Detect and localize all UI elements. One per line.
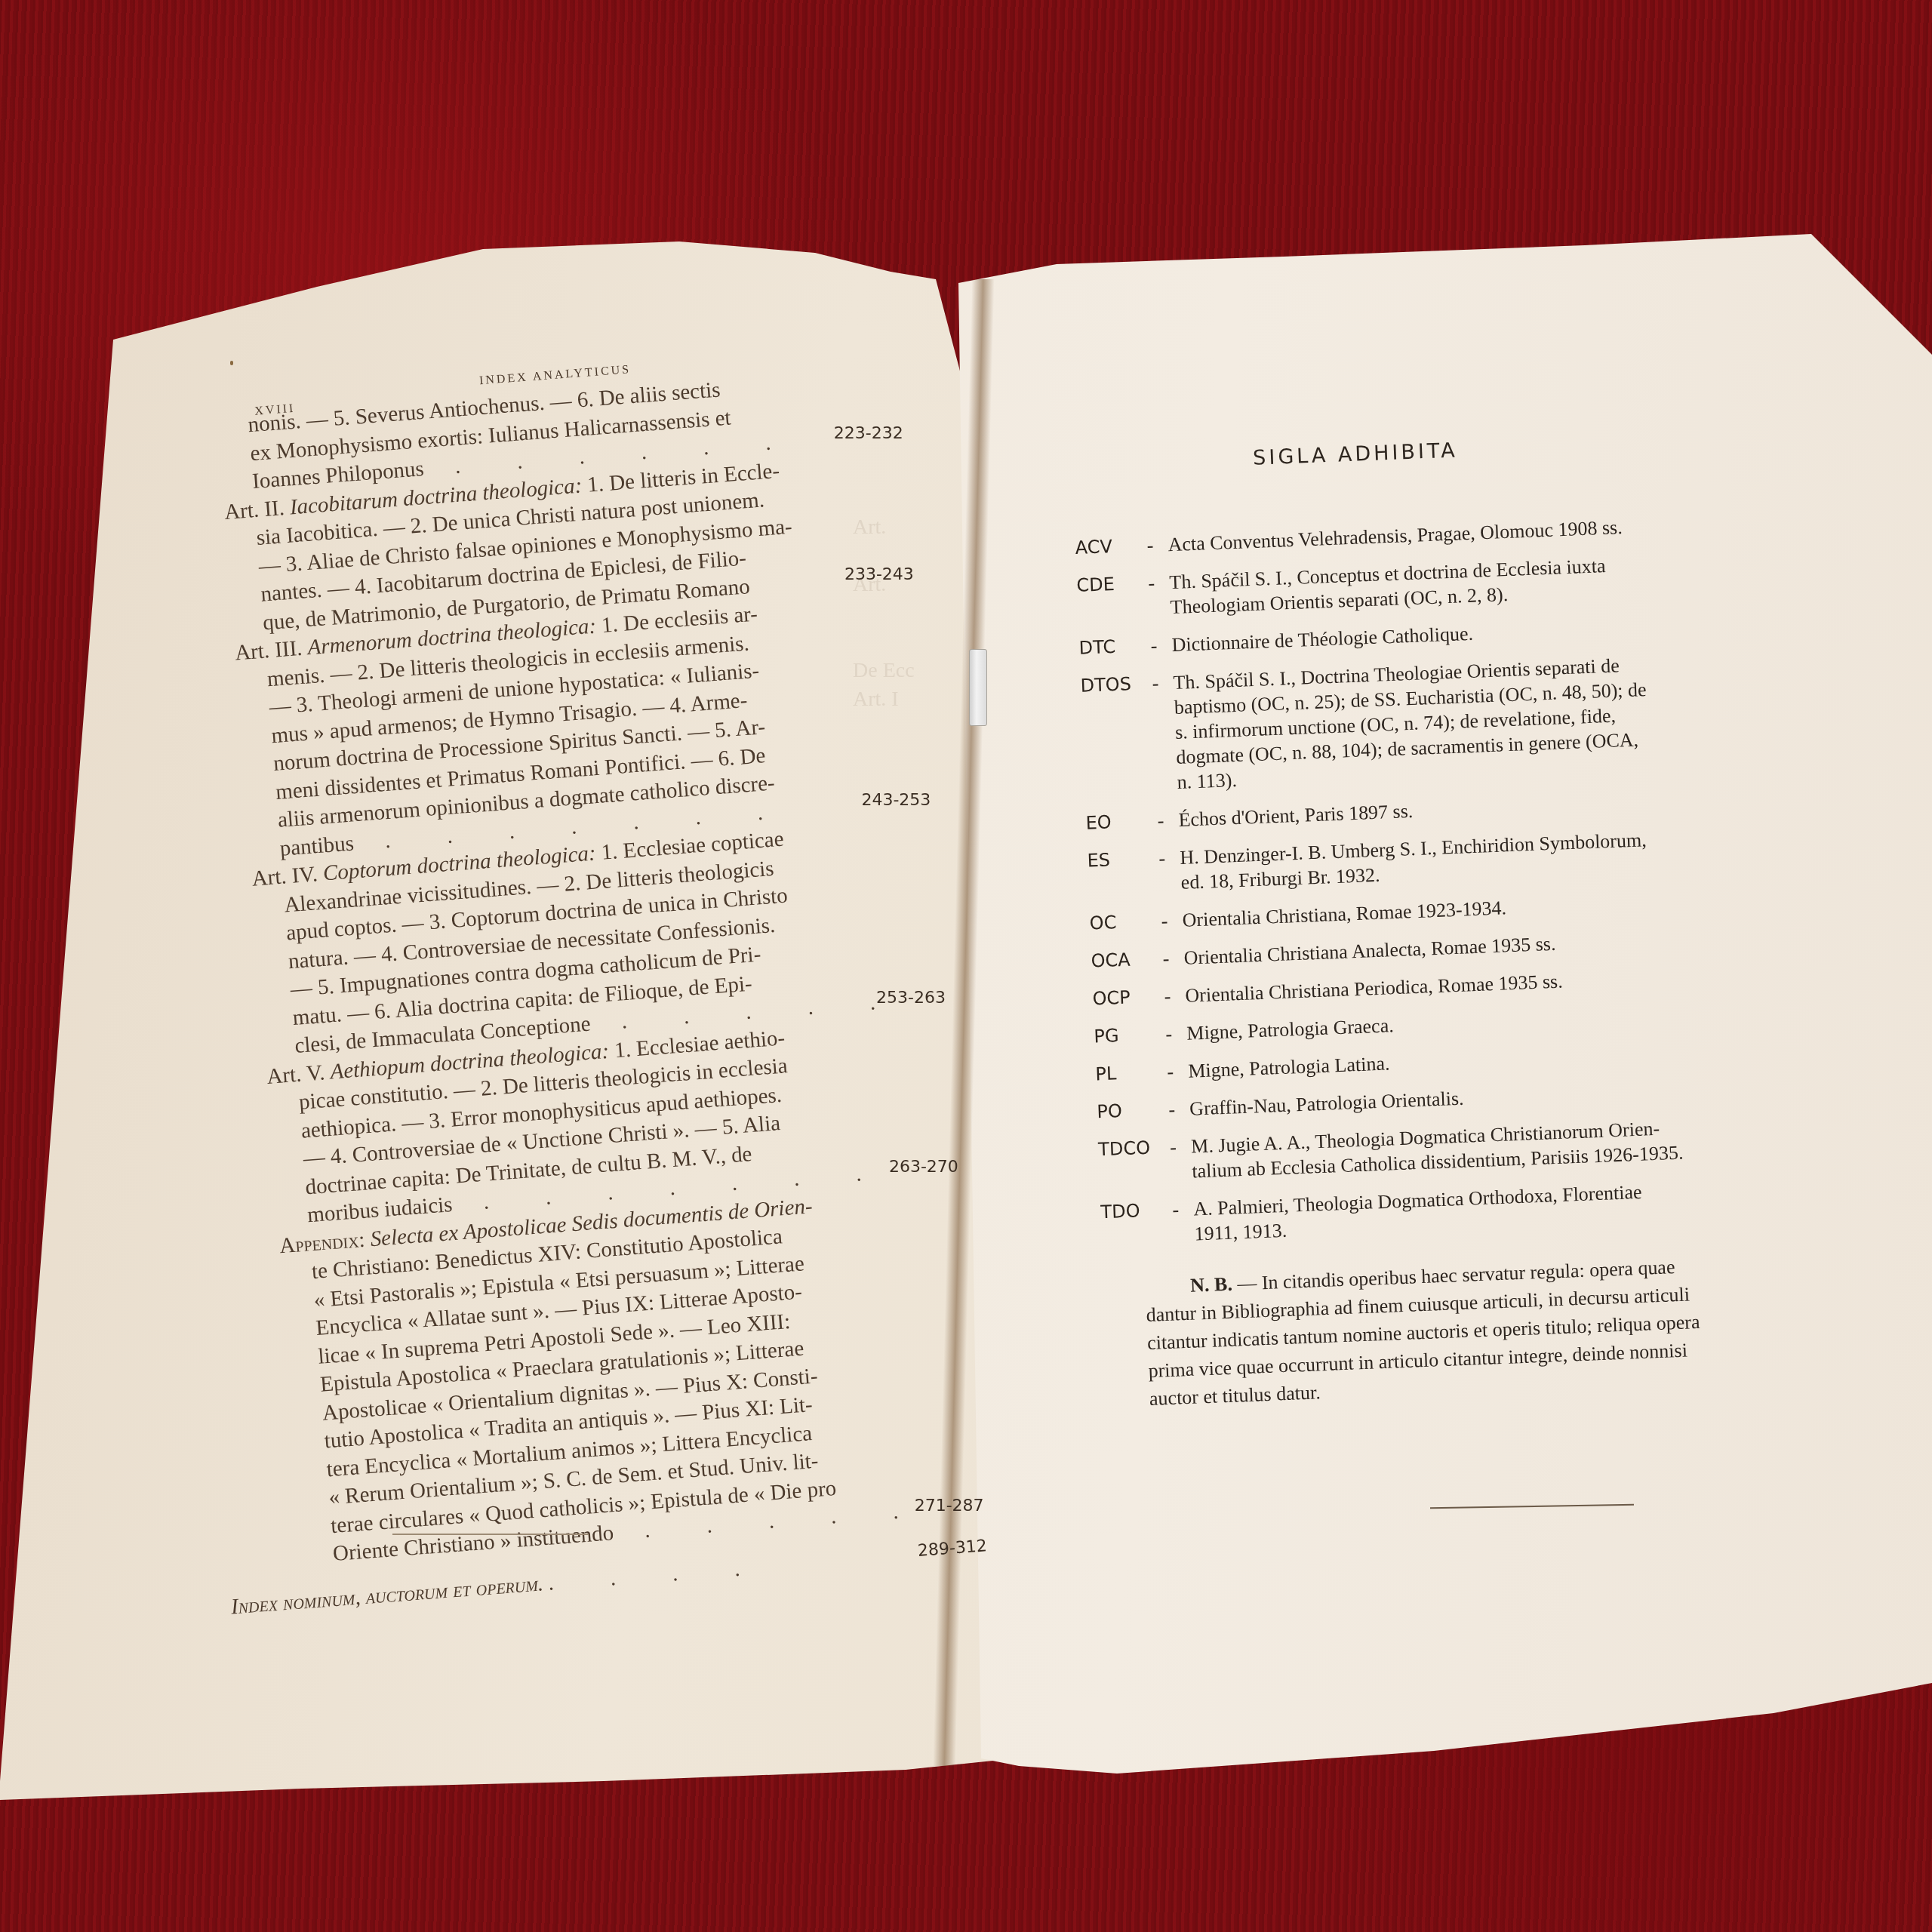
sigla-abbreviation: OCA <box>1091 946 1163 974</box>
sigla-description: M. Jugie A. A., Theologia Dogmatica Chri… <box>1191 1107 1900 1184</box>
sigla-dash: - <box>1164 983 1186 1009</box>
sigla-dash: - <box>1146 532 1168 558</box>
nb-label: N. B. <box>1190 1272 1238 1296</box>
sigla-row: DTOS-Th. Spáčil S. I., Doctrina Theologi… <box>1080 643 1884 798</box>
index-entry: Appendix: Selecta ex Apostolicae Sedis d… <box>203 1183 951 1577</box>
photo-scene: Art.Art.De EccArt. I XVIII INDEX ANALYTI… <box>0 0 1932 1932</box>
sigla-abbreviation: TDCO <box>1098 1135 1171 1188</box>
sigla-description: Th. Spáčil S. I., Conceptus et doctrina … <box>1169 543 1878 620</box>
entry-label: Art. III. <box>234 635 309 665</box>
sigla-abbreviation: ACV <box>1075 533 1147 561</box>
sigla-list: ACV-Acta Conventus Velehradensis, Pragae… <box>1075 505 1902 1263</box>
index-analyticus-page: XVIII INDEX ANALYTICUS nonis. — 5. Sever… <box>140 338 955 1621</box>
page-range: 243-253 <box>861 786 931 815</box>
sigla-description: Th. Spáčil S. I., Doctrina Theologiae Or… <box>1173 643 1884 795</box>
page-range: 271-287 <box>915 1492 984 1521</box>
sigla-dash: - <box>1148 570 1171 620</box>
sigla-abbreviation: CDE <box>1076 571 1149 623</box>
section-divider-rule <box>392 1534 589 1535</box>
page-range: 233-243 <box>844 561 914 589</box>
sigla-dash: - <box>1167 1059 1189 1084</box>
page-range: 253-263 <box>876 984 946 1013</box>
sigla-abbreviation: PL <box>1095 1060 1168 1088</box>
sigla-dash: - <box>1172 1197 1195 1247</box>
sigla-abbreviation: DTC <box>1078 633 1151 661</box>
sigla-dash: - <box>1161 908 1183 934</box>
sigla-dash: - <box>1158 845 1182 896</box>
sigla-abbreviation: DTOS <box>1080 671 1156 798</box>
sigla-abbreviation: PO <box>1097 1097 1169 1125</box>
sigla-abbreviation: ES <box>1087 846 1160 899</box>
sigla-dash: - <box>1170 1134 1193 1185</box>
nota-bene-paragraph: N. B. — In citandis operibus haec servat… <box>1145 1244 1889 1412</box>
sigla-description: A. Palmieri, Theologia Dogmatica Orthodo… <box>1193 1170 1902 1247</box>
sigla-abbreviation: OCP <box>1092 984 1164 1012</box>
page-range: 263-270 <box>889 1153 958 1182</box>
entry-label: Art. II. <box>223 495 291 524</box>
spine-binding-tape <box>969 649 987 726</box>
sigla-abbreviation: EO <box>1085 808 1158 836</box>
entry-label: Art. IV. <box>251 862 325 891</box>
paper-speck <box>230 361 233 365</box>
sigla-abbreviation: PG <box>1094 1022 1166 1050</box>
sigla-dash: - <box>1168 1097 1190 1122</box>
sigla-abbreviation: TDO <box>1100 1198 1174 1251</box>
entry-label: Appendix: <box>278 1227 371 1258</box>
sigla-dash: - <box>1157 808 1179 833</box>
sigla-description: H. Denzinger-I. B. Umberg S. I., Enchiri… <box>1180 818 1888 895</box>
page-range: 289-312 <box>917 1532 988 1565</box>
page-range: 223-232 <box>834 420 903 448</box>
sigla-dash: - <box>1165 1021 1187 1047</box>
sigla-abbreviation: OC <box>1089 909 1161 937</box>
index-entries: nonis. — 5. Severus Antiochenus. — 6. De… <box>142 365 952 1577</box>
sigla-dash: - <box>1150 632 1172 658</box>
entry-label: Art. V. <box>266 1060 331 1088</box>
sigla-dash: - <box>1162 946 1184 971</box>
